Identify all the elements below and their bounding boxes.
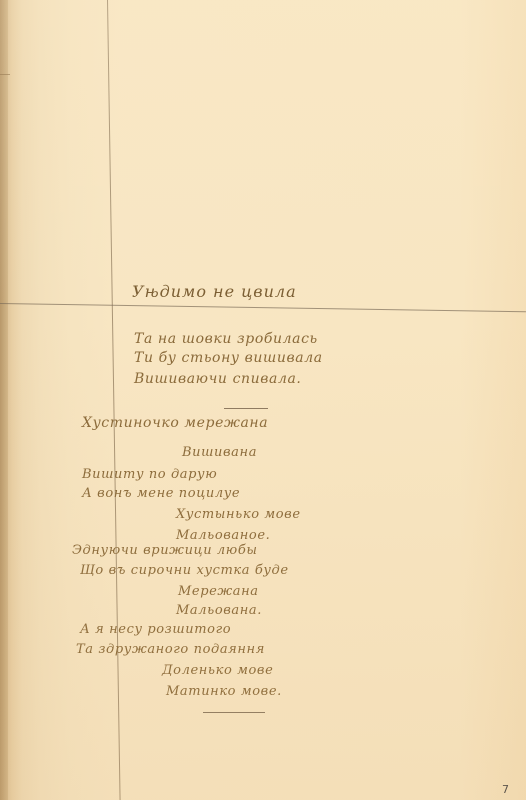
song-2-line-4: А вонъ мене поцилуе [82,486,240,501]
song-1-line-1: Уњдимо не цвила [132,282,297,301]
song-2-line-8: Що въ сирочни хустка буде [80,563,289,578]
page-number: 7 [502,783,509,796]
song-2-line-10: Мальована. [176,603,262,618]
song-2-line-12: Та здружаного подаяння [76,642,265,657]
song-2-line-3: Вишиту по дарую [82,467,217,482]
song-2-line-5: Хустынько мове [176,507,301,522]
song-1-line-3: Ти бу стьону вишивала [134,350,323,366]
song-2-line-7: Эднуючи врижици любы [72,543,258,558]
manuscript-page: Уњдимо не цвила Та на шовки зробилась Ти… [0,0,526,800]
section-separator-1 [224,408,268,409]
fold-mark [0,74,10,75]
song-2-line-6: Мальованое. [176,528,270,543]
song-2-line-2: Вишивана [182,445,257,460]
vertical-margin-line [107,0,121,800]
song-1-line-2: Та на шовки зробилась [134,331,318,347]
horizontal-rule-line [0,303,526,312]
song-1-line-4: Вишиваючи спивала. [134,371,301,387]
binding-edge [0,0,8,800]
section-separator-2 [203,712,265,713]
song-2-line-14: Матинко мове. [166,684,282,699]
song-2-line-13: Доленько мове [162,663,273,678]
song-2-line-1: Хустиночко мережана [82,415,268,431]
song-2-line-9: Мережана [178,584,259,599]
song-2-line-11: А я несу розшитого [80,622,231,637]
